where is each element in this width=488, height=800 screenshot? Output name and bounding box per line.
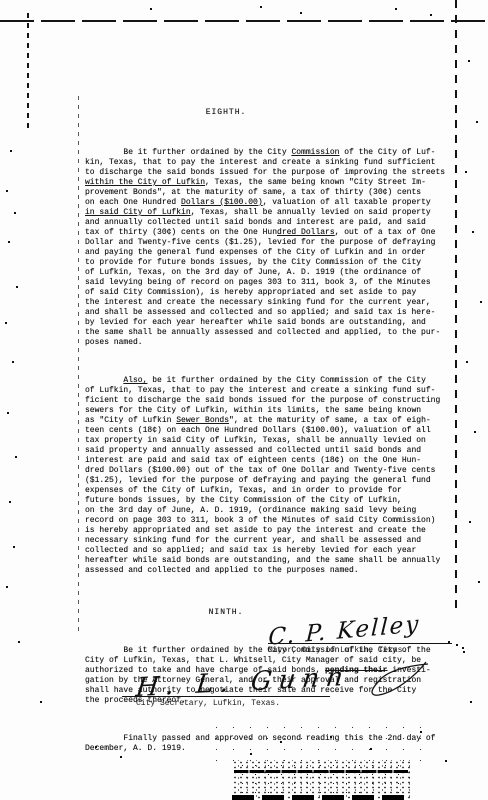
secretary-signature-block: H. L. Gunn City Secretary, Lufkin, Texas… [122,668,342,709]
scanned-document-page: EIGHTH. Be it further ordained by the Ci… [0,0,488,800]
page-top-edge-line [0,20,488,22]
text-block-left-edge-mark [78,96,79,631]
secretary-signature: H. L. Gunn [120,662,343,704]
left-fold-mark [27,13,29,131]
section-eighth-paragraph-2: Also, be it further ordained by the City… [85,376,457,576]
stamp-horizontal-line [234,770,408,773]
scan-noise-speckles [0,0,2,2]
stamp-bottom-band [232,795,410,800]
stamp-noise-block [232,760,410,800]
mayor-signature-block: C. P. Kelley Mayor, City of Lufkin, Texa… [268,616,468,656]
section-eighth-paragraph-1: Be it further ordained by the City Commi… [85,148,457,348]
stamp-noise-halo [208,722,434,762]
section-eighth-heading: EIGHTH. [40,108,412,118]
